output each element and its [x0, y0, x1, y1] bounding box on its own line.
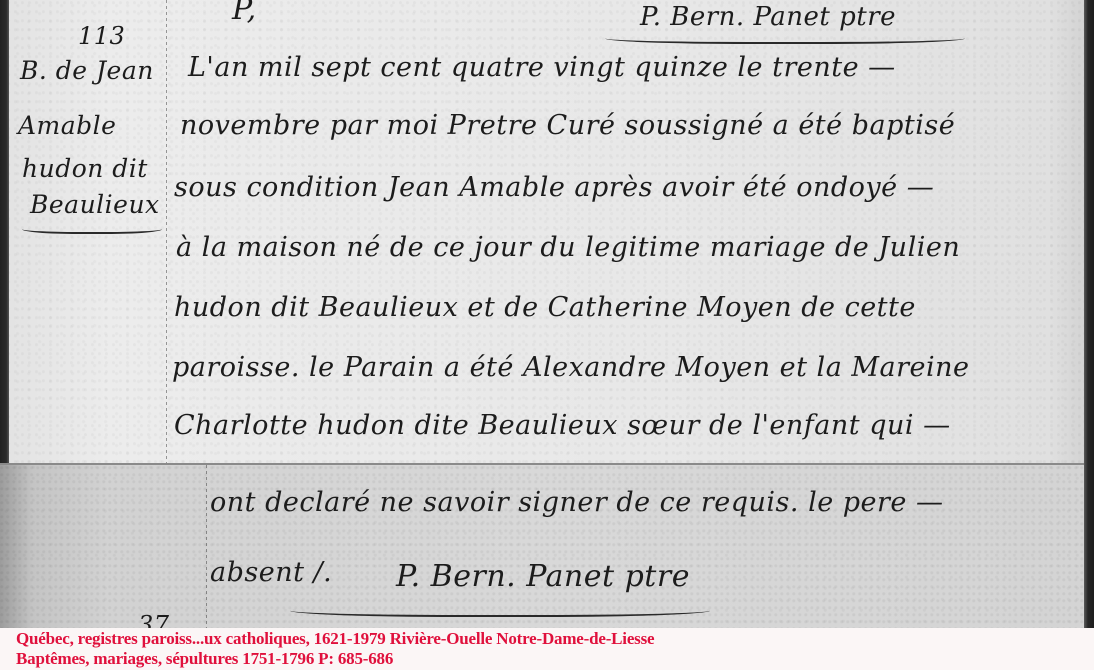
record-line: L'an mil sept cent quatre vingt quinze l…	[188, 52, 896, 83]
scan-lower-piece: ont declaré ne savoir signer de ce requi…	[0, 463, 1084, 630]
record-line: à la maison né de ce jour du legitime ma…	[176, 232, 960, 263]
margin-rule	[166, 0, 167, 464]
margin-note-line: Beaulieux	[30, 186, 160, 224]
signature-flourish	[290, 601, 710, 617]
record-line: sous condition Jean Amable après avoir é…	[174, 172, 934, 203]
record-line: hudon dit Beaulieux et de Catherine Moye…	[174, 292, 916, 323]
margin-rule	[206, 465, 207, 630]
header-signature: P. Bern. Panet ptre	[640, 2, 896, 32]
record-line: novembre par moi Pretre Curé soussigné a…	[180, 110, 955, 141]
scan-upper-piece: P, P. Bern. Panet ptre 113 B. de Jean Am…	[0, 0, 1094, 464]
caption-collection-title: Québec, registres paroiss...ux catholiqu…	[16, 629, 654, 649]
signature-flourish	[605, 30, 965, 44]
record-line: Charlotte hudon dite Beaulieux sœur de l…	[174, 410, 951, 441]
record-line: ont declaré ne savoir signer de ce requi…	[210, 487, 944, 518]
margin-note-line: hudon dit	[22, 150, 148, 188]
margin-note-line: Amable	[18, 107, 116, 145]
document-image-viewer: P, P. Bern. Panet ptre 113 B. de Jean Am…	[0, 0, 1094, 670]
caption-register-details: Baptêmes, mariages, sépultures 1751-1796…	[16, 649, 393, 669]
binding-edge-right	[1084, 0, 1094, 628]
priest-signature: P. Bern. Panet ptre	[396, 559, 690, 594]
record-line: paroisse. le Parain a été Alexandre Moye…	[172, 352, 970, 383]
header-mark: P,	[232, 0, 257, 27]
margin-flourish	[22, 222, 162, 234]
record-line: absent /.	[210, 557, 332, 588]
binding-edge-left	[0, 0, 9, 464]
entry-number: 113	[78, 22, 125, 50]
margin-note-line: B. de Jean	[20, 52, 154, 90]
image-caption: Québec, registres paroiss...ux catholiqu…	[0, 628, 1094, 670]
